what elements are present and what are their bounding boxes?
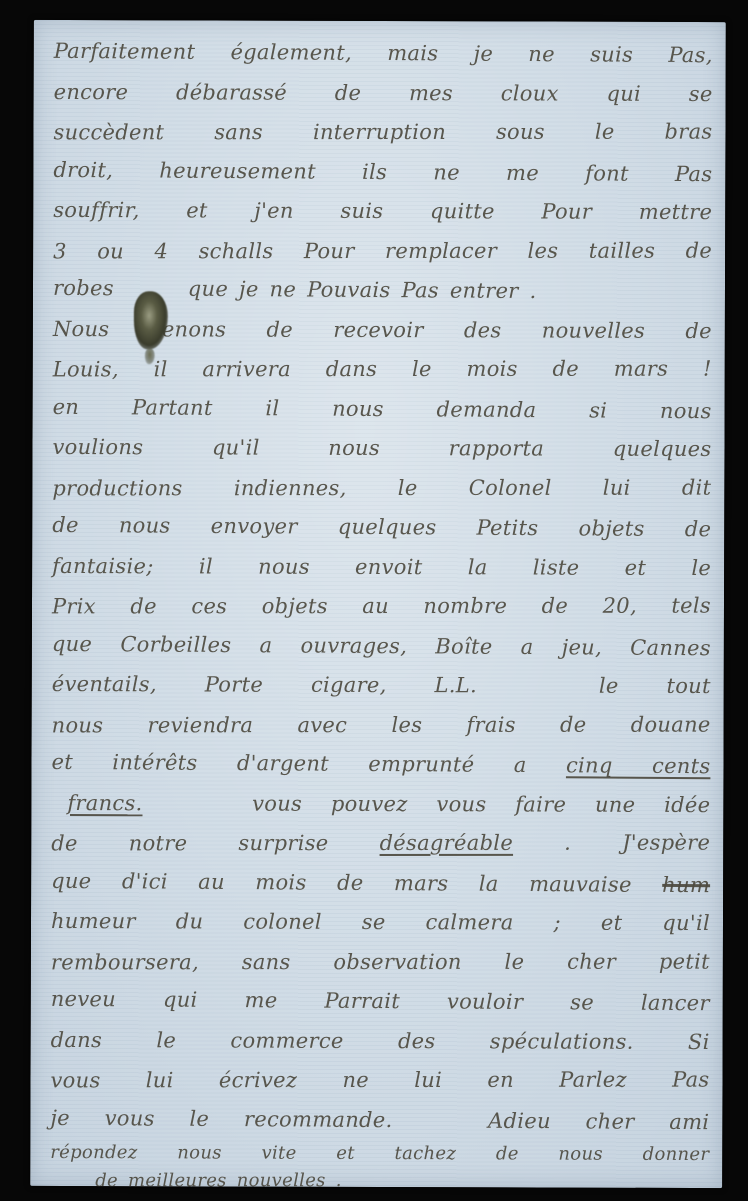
letter-line: en Partant il nous demanda si nous xyxy=(52,387,711,431)
handwriting-segment: Adieu cher ami xyxy=(488,1108,709,1133)
handwriting-segment: désagréable xyxy=(380,831,514,855)
handwriting-segment: productions indiennes, le Colonel lui di… xyxy=(52,475,711,500)
handwriting-segment: remboursera, sans observation le cher pe… xyxy=(51,949,710,974)
handwriting-segment: encore débarassé de mes cloux qui se xyxy=(54,79,713,105)
handwriting-segment: voulions qu'il nous rapporta quelques xyxy=(52,435,711,461)
letter-line: de nous envoyer quelques Petits objets d… xyxy=(52,506,711,550)
letter-line: que d'ici au mois de mars la mauvaise hu… xyxy=(51,861,710,905)
handwriting-segment: vous lui écrivez ne lui en Parlez Pas xyxy=(50,1068,709,1093)
letter-line: neveu qui me Parrait vouloir se lancer xyxy=(51,980,710,1024)
handwriting-segment: Prix de ces objets au nombre de 20, tels xyxy=(52,594,711,619)
letter-line: souffrir, et j'en suis quitte Pour mettr… xyxy=(53,191,712,233)
handwriting-segment: en Partant il nous demanda si nous xyxy=(53,394,712,422)
letter-line: droit, heureusement ils ne me font Pas xyxy=(53,150,712,194)
letter-line: dans le commerce des spéculations. Si xyxy=(51,1020,710,1062)
handwriting-segment: et intérêts d'argent emprunté a xyxy=(51,750,526,777)
handwriting-segment: de notre surprise xyxy=(51,831,328,855)
handwriting-segment: vous pouvez vous faire une idée xyxy=(252,791,710,816)
handwriting-segment: Parfaitement également, mais je ne suis … xyxy=(54,39,713,67)
handwriting-segment: succèdent sans interruption sous le bras xyxy=(53,120,712,145)
letter-line: éventails, Porte cigare, L.L. le tout xyxy=(52,665,711,707)
handwriting-segment: hum xyxy=(662,872,710,896)
letter-line: et intérêts d'argent emprunté a cinq cen… xyxy=(51,743,710,787)
handwriting-segment: nous reviendra avec les frais de douane xyxy=(52,712,711,737)
letter-line: productions indiennes, le Colonel lui di… xyxy=(52,468,711,508)
handwriting-segment: éventails, Porte cigare, L.L. xyxy=(52,672,477,697)
letter-line: succèdent sans interruption sous le bras xyxy=(53,113,712,153)
letter-page: Parfaitement également, mais je ne suis … xyxy=(30,20,726,1188)
letter-line: voulions qu'il nous rapporta quelques xyxy=(52,428,711,470)
letter-line: de meilleures nouvelles . xyxy=(50,1168,709,1188)
handwriting-segment: que d'ici au mois de mars la mauvaise xyxy=(51,868,632,896)
handwriting-segment: dans le commerce des spéculations. Si xyxy=(51,1027,710,1053)
letter-line: Parfaitement également, mais je ne suis … xyxy=(54,32,713,76)
letter-line: de notre surprise désagréable . J'espère xyxy=(51,824,710,864)
handwriting-segment: le tout xyxy=(599,674,711,698)
handwriting-segment: que Corbeilles a ouvrages, Boîte a jeu, … xyxy=(52,631,711,659)
handwriting-segment: humeur du colonel se calmera ; et qu'il xyxy=(51,909,710,935)
letter-body: Parfaitement également, mais je ne suis … xyxy=(50,33,713,1188)
letter-line: francs. vous pouvez vous faire une idée xyxy=(51,783,710,825)
handwriting-segment: de meilleures nouvelles . xyxy=(95,1170,342,1188)
handwriting-segment: de nous envoyer quelques Petits objets d… xyxy=(52,513,711,541)
handwriting-segment: francs. xyxy=(67,791,142,815)
handwriting-segment: cinq cents xyxy=(566,753,711,778)
letter-line: je vous le recommande. Adieu cher ami xyxy=(50,1098,709,1142)
letter-line: encore débarassé de mes cloux qui se xyxy=(54,72,713,114)
photo-backdrop: Parfaitement également, mais je ne suis … xyxy=(0,0,748,1201)
handwriting-segment: . J'espère xyxy=(564,831,710,855)
handwriting-segment: droit, heureusement ils ne me font Pas xyxy=(53,157,712,185)
letter-line: que Corbeilles a ouvrages, Boîte a jeu, … xyxy=(52,624,711,668)
handwriting-segment: souffrir, et j'en suis quitte Pour mettr… xyxy=(53,198,712,224)
letter-line: remboursera, sans observation le cher pe… xyxy=(51,942,710,982)
handwriting-segment: 3 ou 4 schalls Pour remplacer les taille… xyxy=(53,238,712,263)
handwriting-segment: neveu qui me Parrait vouloir se lancer xyxy=(51,987,710,1015)
handwriting-segment: répondez nous vite et tachez de nous don… xyxy=(50,1142,709,1165)
letter-line: 3 ou 4 schalls Pour remplacer les taille… xyxy=(53,231,712,271)
letter-line: Prix de ces objets au nombre de 20, tels xyxy=(52,587,711,627)
letter-line: répondez nous vite et tachez de nous don… xyxy=(50,1139,709,1169)
letter-line: nous reviendra avec les frais de douane xyxy=(52,705,711,745)
letter-line: vous lui écrivez ne lui en Parlez Pas xyxy=(50,1061,709,1101)
handwriting-segment: fantaisie; il nous envoit la liste et le xyxy=(52,553,711,579)
handwriting-segment: que je ne Pouvais Pas entrer . xyxy=(188,277,537,303)
letter-line: humeur du colonel se calmera ; et qu'il xyxy=(51,902,710,944)
letter-line: fantaisie; il nous envoit la liste et le xyxy=(52,546,711,588)
handwriting-segment: je vous le recommande. xyxy=(50,1105,392,1131)
handwriting-segment: robes xyxy=(53,276,114,300)
